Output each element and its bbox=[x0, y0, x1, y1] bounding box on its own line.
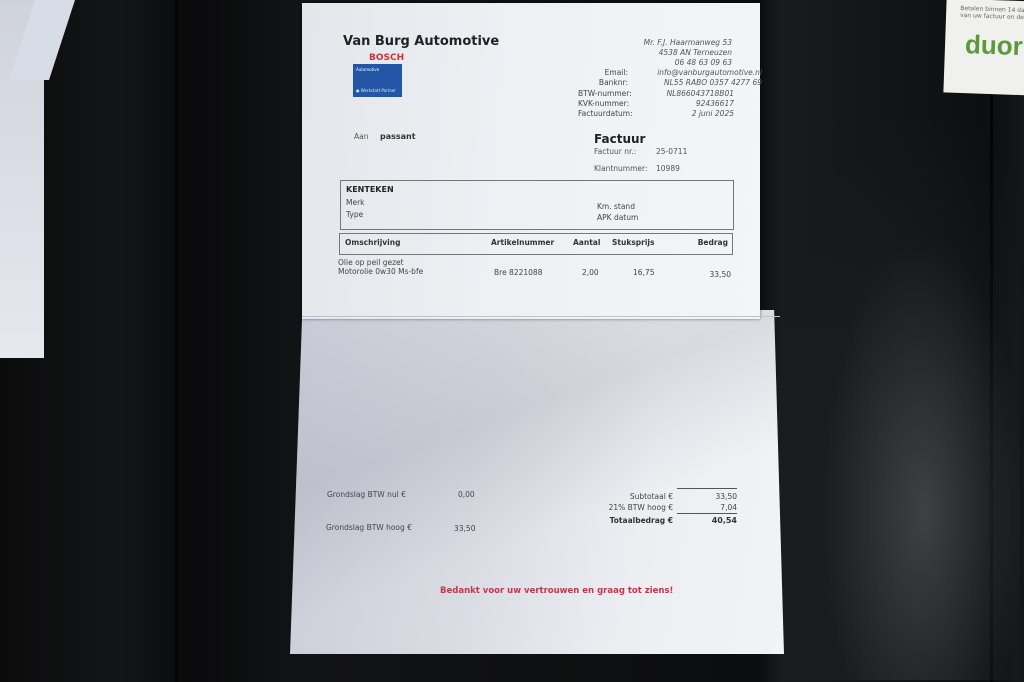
col-header-amount: Bedrag bbox=[698, 238, 728, 247]
col-header-article: Artikelnummer bbox=[491, 238, 554, 247]
address-city: 4538 AN Terneuzen bbox=[659, 48, 732, 57]
km-label: Km. stand bbox=[597, 202, 635, 211]
footer-thanks: Bedankt voor uw vertrouwen en graag tot … bbox=[440, 586, 673, 596]
total-label: Totaalbedrag € bbox=[610, 516, 673, 525]
btw-label: BTW-nummer: bbox=[578, 89, 632, 98]
address-phone: 06 48 63 09 63 bbox=[675, 58, 732, 67]
vat-label: 21% BTW hoog € bbox=[609, 503, 673, 512]
vat-value: 7,04 bbox=[720, 503, 737, 512]
invoice-number-label: Factuur nr.: bbox=[594, 147, 636, 156]
note-brand: duor bbox=[945, 18, 1024, 62]
email-label: Email: bbox=[605, 68, 628, 77]
col-header-description: Omschrijving bbox=[345, 238, 400, 247]
totals-mid-rule bbox=[677, 513, 737, 514]
light-glare bbox=[780, 120, 1020, 680]
date-label: Factuurdatum: bbox=[578, 109, 633, 118]
bosch-logo-icon: Automotive ● Werkstatt Partner bbox=[353, 64, 402, 97]
merk-label: Merk bbox=[346, 198, 365, 207]
bosch-logo-text: BOSCH bbox=[369, 53, 404, 63]
totals-top-rule bbox=[677, 488, 737, 489]
basis-hoog-label: Grondslag BTW hoog € bbox=[326, 523, 412, 532]
col-header-quantity: Aantal bbox=[573, 238, 600, 247]
plank-gap bbox=[175, 0, 178, 682]
invoice-title: Factuur bbox=[594, 132, 645, 146]
fold-line bbox=[302, 316, 780, 317]
banknr-label: Banknr: bbox=[599, 78, 628, 87]
date-value: 2 juni 2025 bbox=[692, 109, 734, 118]
vehicle-heading: KENTEKEN bbox=[346, 185, 394, 194]
col-header-unit-price: Stuksprijs bbox=[612, 238, 654, 247]
basis-nul-label: Grondslag BTW nul € bbox=[327, 490, 406, 499]
row1-description: Olie op peil gezet bbox=[338, 258, 404, 267]
logo-line: Automotive bbox=[356, 67, 379, 72]
invoice-number-value: 25-0711 bbox=[656, 147, 687, 156]
email-value: info@vanburgautomotive.nl bbox=[657, 68, 762, 77]
basis-nul-value: 0,00 bbox=[458, 490, 475, 499]
subtotal-label: Subtotaal € bbox=[630, 492, 673, 501]
vehicle-box bbox=[340, 180, 734, 230]
total-value: 40,54 bbox=[712, 516, 737, 525]
recipient-label: Aan bbox=[354, 132, 368, 141]
basis-hoog-value: 33,50 bbox=[454, 524, 475, 533]
row2-amount: 33,50 bbox=[710, 270, 731, 279]
logo-line: ● Werkstatt Partner bbox=[356, 88, 396, 93]
customer-number-value: 10989 bbox=[656, 164, 680, 173]
apk-label: APK datum bbox=[597, 213, 638, 222]
company-name: Van Burg Automotive bbox=[343, 34, 499, 49]
row2-unit-price: 16,75 bbox=[633, 268, 654, 277]
banknr-value: NL55 RABO 0357 4277 69 bbox=[664, 78, 762, 87]
type-label: Type bbox=[346, 210, 363, 219]
address-street: Mr. F.J. Haarmanweg 53 bbox=[644, 38, 732, 47]
kvk-label: KVK-nummer: bbox=[578, 99, 629, 108]
btw-value: NL866043718B01 bbox=[667, 89, 734, 98]
row2-description: Motorolie 0w30 Ms-bfe bbox=[338, 267, 423, 276]
subtotal-value: 33,50 bbox=[716, 492, 737, 501]
shadow bbox=[290, 310, 784, 654]
recipient-value: passant bbox=[380, 132, 416, 141]
row2-article: Bre 8221088 bbox=[494, 268, 542, 277]
kvk-value: 92436617 bbox=[696, 99, 734, 108]
customer-number-label: Klantnummer: bbox=[594, 164, 648, 173]
right-paper-note: Betalen binnen 14 dagen van uw factuur e… bbox=[943, 0, 1024, 96]
row2-quantity: 2,00 bbox=[582, 268, 599, 277]
